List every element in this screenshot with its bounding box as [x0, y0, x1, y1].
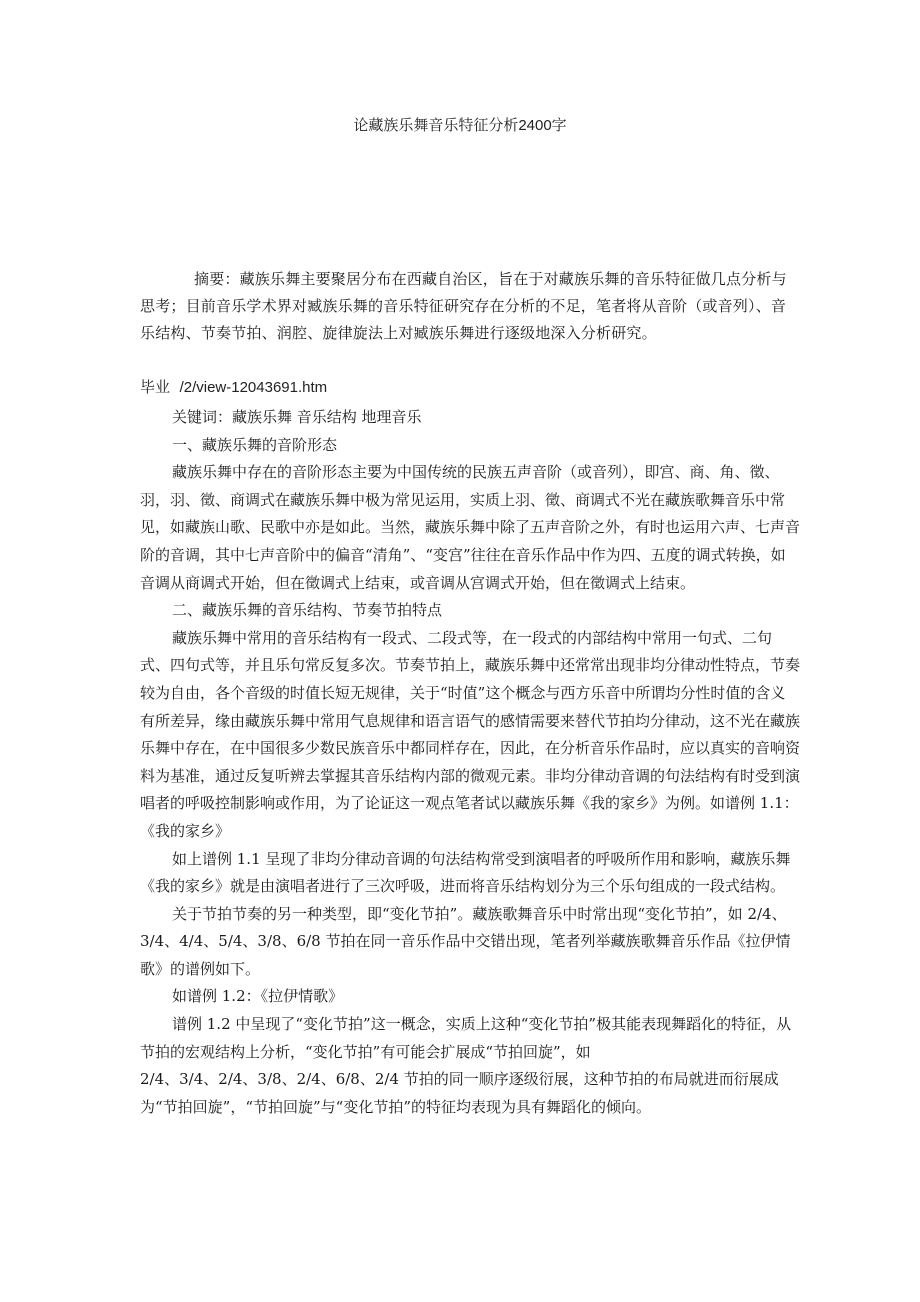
source-url-line: 毕业 /2/view-12043691.htm — [140, 376, 327, 397]
section-1-paragraph-1: 藏族乐舞中存在的音阶形态主要为中国传统的民族五声音阶（或音列），即宫、商、角、徵… — [140, 459, 800, 597]
url-prefix: 毕业 — [140, 378, 170, 396]
document-title: 论藏族乐舞音乐特征分析2400字 — [0, 114, 920, 135]
abstract-paragraph: 摘要：藏族乐舞主要聚居分布在西藏自治区，旨在于对藏族乐舞的音乐特征做几点分析与思… — [140, 266, 800, 347]
section-2-paragraph-3: 关于节拍节奏的另一种类型，即“变化节拍”。藏族歌舞音乐中时常出现“变化节拍”，如… — [140, 901, 800, 984]
section-2-paragraph-2: 如上谱例 1.1 呈现了非均分律动音调的句法结构常受到演唱者的呼吸所作用和影响，… — [140, 846, 800, 901]
document-body: 关键词：藏族乐舞 音乐结构 地理音乐 一、藏族乐舞的音阶形态 藏族乐舞中存在的音… — [140, 404, 800, 1121]
document-page: 论藏族乐舞音乐特征分析2400字 摘要：藏族乐舞主要聚居分布在西藏自治区，旨在于… — [0, 0, 920, 1302]
section-heading-1: 一、藏族乐舞的音阶形态 — [140, 432, 800, 460]
url-path-link[interactable]: /2/view-12043691.htm — [180, 379, 328, 396]
section-heading-2: 二、藏族乐舞的音乐结构、节奏节拍特点 — [140, 597, 800, 625]
section-2-paragraph-5: 谱例 1.2 中呈现了“变化节拍”这一概念，实质上这种“变化节拍”极其能表现舞蹈… — [140, 1011, 800, 1066]
score-example-caption: 如谱例 1.2：《拉伊情歌》 — [140, 983, 800, 1011]
keywords-line: 关键词：藏族乐舞 音乐结构 地理音乐 — [140, 404, 800, 432]
section-2-trailing-line: 2/4、3/4、2/4、3/8、2/4、6/8、2/4 节拍的同一顺序逐级衍展，… — [140, 1066, 800, 1121]
section-2-paragraph-1: 藏族乐舞中常用的音乐结构有一段式、二段式等，在一段式的内部结构中常用一句式、二句… — [140, 625, 800, 846]
